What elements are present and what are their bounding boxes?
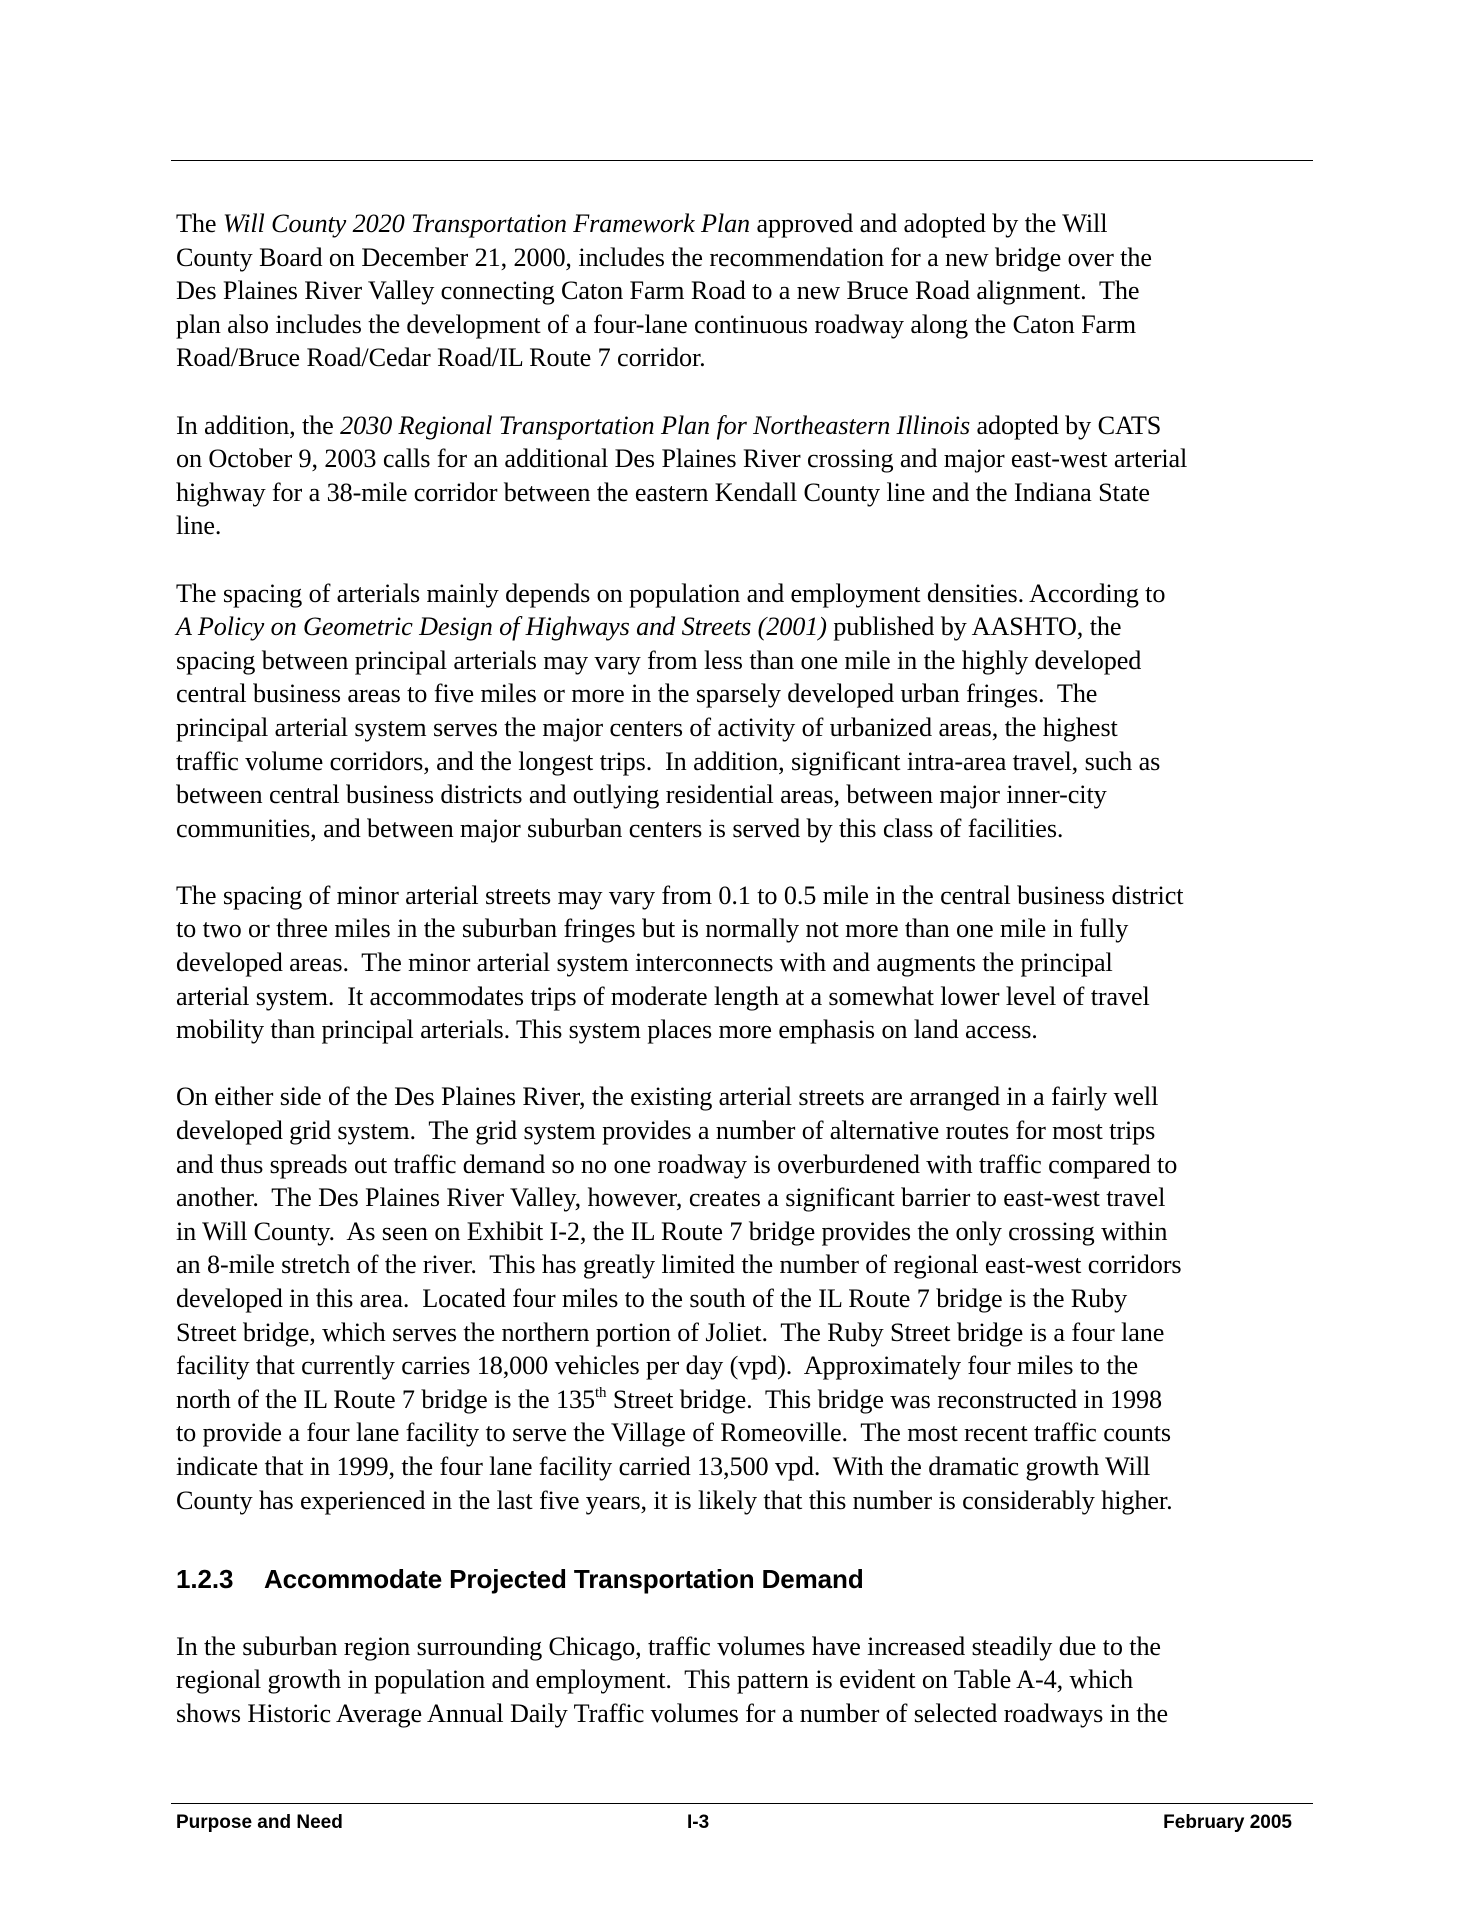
text-line: In the suburban region surrounding Chica… <box>176 1630 1316 1664</box>
text-line: to two or three miles in the suburban fr… <box>176 912 1316 946</box>
ordinal-superscript: th <box>595 1385 606 1401</box>
text-line: highway for a 38-mile corridor between t… <box>176 476 1316 510</box>
text-line: developed in this area. Located four mil… <box>176 1282 1316 1316</box>
paragraph-framework-plan: The Will County 2020 Transportation Fram… <box>176 207 1316 375</box>
text-line: between central business districts and o… <box>176 778 1316 812</box>
text-line: in Will County. As seen on Exhibit I-2, … <box>176 1215 1316 1249</box>
section-number: 1.2.3 <box>176 1563 264 1597</box>
text-line: The Will County 2020 Transportation Fram… <box>176 207 1316 241</box>
text-line: to provide a four lane facility to serve… <box>176 1416 1316 1450</box>
paragraph-regional-plan: In addition, the 2030 Regional Transport… <box>176 409 1316 543</box>
text-line: Street bridge, which serves the northern… <box>176 1316 1316 1350</box>
text-line: developed grid system. The grid system p… <box>176 1114 1316 1148</box>
text-line: A Policy on Geometric Design of Highways… <box>176 610 1316 644</box>
text-line: traffic volume corridors, and the longes… <box>176 745 1316 779</box>
text-line: In addition, the 2030 Regional Transport… <box>176 409 1316 443</box>
header-rule <box>171 160 1313 161</box>
text-line: plan also includes the development of a … <box>176 308 1316 342</box>
footer-date: February 2005 <box>1163 1808 1292 1838</box>
text-line: shows Historic Average Annual Daily Traf… <box>176 1697 1316 1731</box>
text-line: On either side of the Des Plaines River,… <box>176 1080 1316 1114</box>
text-line: The spacing of arterials mainly depends … <box>176 577 1316 611</box>
text-line: County Board on December 21, 2000, inclu… <box>176 241 1316 275</box>
text-line: Road/Bruce Road/Cedar Road/IL Route 7 co… <box>176 341 1316 375</box>
text-run: The <box>176 209 223 238</box>
section-heading: 1.2.3Accommodate Projected Transportatio… <box>176 1563 1316 1597</box>
text-run: In addition, the <box>176 411 340 440</box>
text-line: regional growth in population and employ… <box>176 1663 1316 1697</box>
text-line: The spacing of minor arterial streets ma… <box>176 879 1316 913</box>
paragraph-river-crossings: On either side of the Des Plaines River,… <box>176 1080 1316 1517</box>
text-line: and thus spreads out traffic demand so n… <box>176 1148 1316 1182</box>
page-footer: Purpose and Need I-3 February 2005 <box>176 1808 1292 1838</box>
text-line: developed areas. The minor arterial syst… <box>176 946 1316 980</box>
text-line: indicate that in 1999, the four lane fac… <box>176 1450 1316 1484</box>
text-line: principal arterial system serves the maj… <box>176 711 1316 745</box>
text-line: communities, and between major suburban … <box>176 812 1316 846</box>
text-line: line. <box>176 509 1316 543</box>
text-line: mobility than principal arterials. This … <box>176 1013 1316 1047</box>
text-line: spacing between principal arterials may … <box>176 644 1316 678</box>
page-number: I-3 <box>687 1808 709 1838</box>
text-line: arterial system. It accommodates trips o… <box>176 980 1316 1014</box>
paragraph-traffic-demand: In the suburban region surrounding Chica… <box>176 1630 1316 1731</box>
text-run: published by AASHTO, the <box>827 612 1122 641</box>
italic-title: Will County 2020 Transportation Framewor… <box>223 209 750 238</box>
text-line: Des Plaines River Valley connecting Cato… <box>176 274 1316 308</box>
section-title: Accommodate Projected Transportation Dem… <box>264 1564 864 1594</box>
text-run: Street bridge. This bridge was reconstru… <box>606 1385 1162 1414</box>
text-line: County has experienced in the last five … <box>176 1484 1316 1518</box>
text-run: approved and adopted by the Will <box>750 209 1107 238</box>
text-line: another. The Des Plaines River Valley, h… <box>176 1181 1316 1215</box>
text-line: central business areas to five miles or … <box>176 677 1316 711</box>
text-line: facility that currently carries 18,000 v… <box>176 1349 1316 1383</box>
italic-title: A Policy on Geometric Design of Highways… <box>176 612 827 641</box>
footer-rule <box>171 1803 1313 1804</box>
paragraph-minor-arterials: The spacing of minor arterial streets ma… <box>176 879 1316 1047</box>
italic-title: 2030 Regional Transportation Plan for No… <box>340 411 970 440</box>
text-line: north of the IL Route 7 bridge is the 13… <box>176 1383 1316 1417</box>
text-run: adopted by CATS <box>970 411 1161 440</box>
text-run: north of the IL Route 7 bridge is the 13… <box>176 1385 595 1414</box>
text-line: an 8-mile stretch of the river. This has… <box>176 1248 1316 1282</box>
text-line: on October 9, 2003 calls for an addition… <box>176 442 1316 476</box>
document-body: The Will County 2020 Transportation Fram… <box>176 207 1316 1764</box>
paragraph-arterial-spacing: The spacing of arterials mainly depends … <box>176 577 1316 846</box>
footer-section-name: Purpose and Need <box>176 1808 343 1838</box>
